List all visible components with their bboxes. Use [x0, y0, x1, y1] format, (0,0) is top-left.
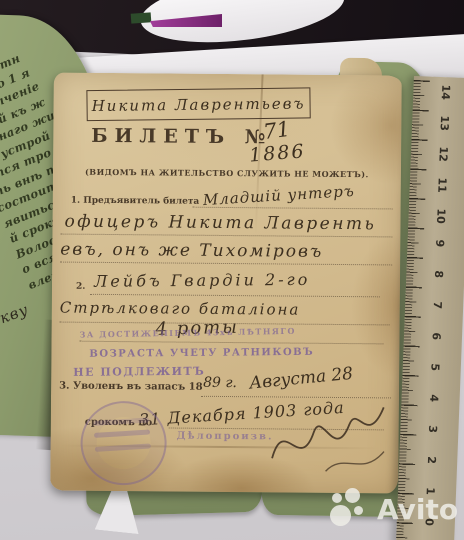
ticket-number: 71: [262, 117, 292, 144]
signature-flourish: [258, 387, 397, 494]
ruler-number: 13: [439, 115, 450, 131]
field-2-handwriting-line-1: Лейбъ Гвардіи 2-го: [94, 270, 310, 291]
form-dotted-line: [193, 207, 393, 210]
ruler-number: 10: [435, 208, 446, 224]
ruler-number: 2: [425, 456, 436, 472]
field-1-handwriting-line-3: евъ, онъ же Тихоміровъ: [60, 240, 323, 262]
field-1-label: 1. Предъявитель билета: [71, 196, 200, 207]
document-title: БИЛЕТЪ №: [91, 125, 272, 149]
field-2-label: 2.: [76, 282, 85, 292]
name-box-text: Никита Лаврентьевъ: [92, 94, 306, 115]
ruler-number: 3: [427, 425, 438, 441]
field-2-handwriting-line-2: Стрѣлковаго баталіона: [60, 299, 301, 319]
purple-stamp-line-2: ВОЗРАСТА УЧЕТУ РАТНИКОВЪ: [89, 347, 314, 360]
old-ticket-document: Никита Лаврентьевъ БИЛЕТЪ № 71 1886 (ВИД…: [50, 72, 402, 493]
field-3-date: Августа 28: [248, 364, 353, 394]
purple-stamp-line-3: НЕ ПОДЛЕЖИТЪ: [73, 365, 205, 379]
form-dotted-line: [60, 262, 392, 266]
ruler-number: 7: [431, 301, 442, 317]
purple-stamp-line-1: ЗА ДОСТИЖЕНІЕМЪ 43хъ ЛѢТНЯГО: [79, 326, 295, 340]
avito-watermark: Avito: [330, 488, 458, 530]
ruler-number: 14: [440, 84, 451, 100]
left-page-signature: Москву: [0, 300, 31, 339]
field-3-year: 89 г.: [203, 375, 237, 391]
avito-logo-icon: [330, 488, 370, 530]
ruler-number: 12: [437, 146, 448, 162]
green-pen-cap: [131, 12, 152, 23]
name-box: Никита Лаврентьевъ: [86, 87, 310, 121]
document-subtitle: (ВИДОМЪ НА ЖИТЕЛЬСТВО СЛУЖИТЬ НЕ МОЖЕТЪ)…: [53, 166, 401, 179]
ruler-number: 8: [433, 270, 444, 286]
ruler-number: 5: [429, 363, 440, 379]
field-1-handwriting-line-1: Младшій унтеръ: [202, 182, 355, 209]
field-1-handwriting-line-2: офицеръ Никита Лавренть: [64, 212, 376, 235]
form-dotted-line: [90, 294, 380, 298]
ruler-number: 4: [428, 394, 439, 410]
ruler-number: 11: [436, 177, 447, 193]
ruler-number: 9: [434, 239, 445, 255]
avito-wordmark: Avito: [377, 493, 458, 526]
ruler-number: 6: [430, 332, 441, 348]
form-dotted-line: [60, 234, 392, 238]
photo-scene: о 43-лѣтнт. с. до 1 яъ ополченіеайшій къ…: [0, 0, 464, 540]
clerk-stamp-text: Дѣлопроизв.: [177, 431, 274, 443]
ticket-year: 1886: [248, 140, 306, 166]
form-dotted-line: [79, 341, 383, 345]
field-3-label: 3. Уволенъ въ запасъ 18: [59, 381, 203, 393]
